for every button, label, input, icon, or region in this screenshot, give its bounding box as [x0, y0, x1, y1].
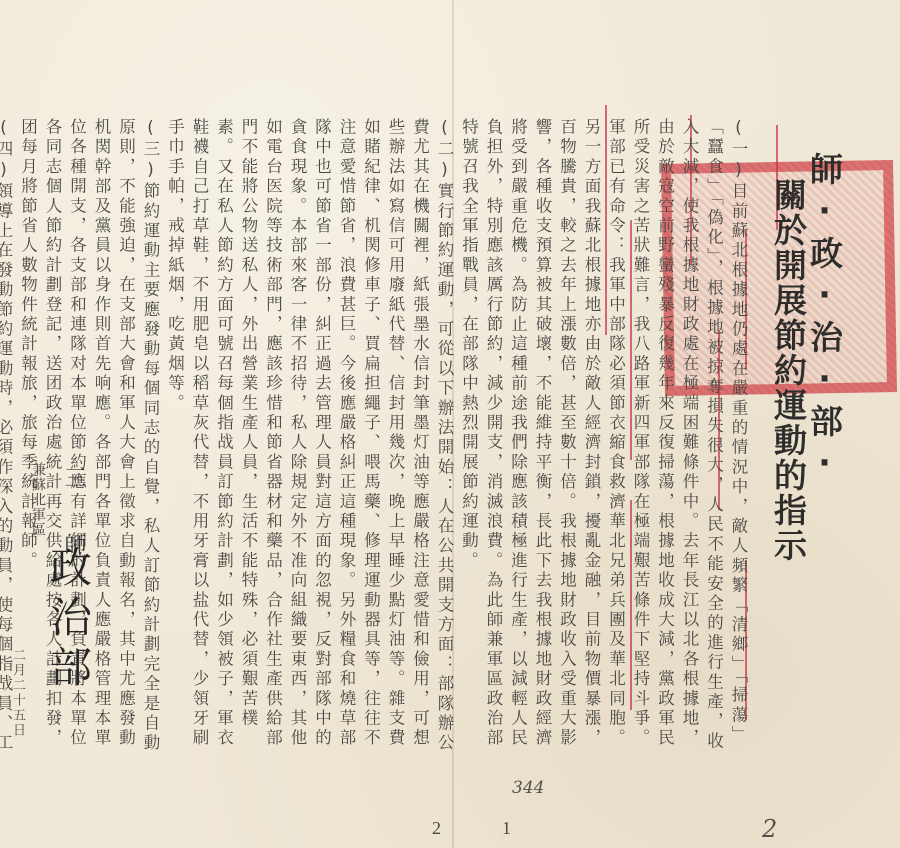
section-1: (一)目前蘇北根據地仍處在嚴重的情況中，敵人頻繁「清鄉」「掃蕩」「蠶食」「偽化」…: [456, 118, 750, 758]
section-text: 目前蘇北根據地仍處在嚴重的情況中，敵人頻繁「清鄉」「掃蕩」「蠶食」「偽化」，根據…: [460, 118, 749, 752]
section-marker: (三): [141, 118, 160, 182]
signature-department: 政治部: [38, 545, 98, 695]
section-marker: (一): [729, 118, 748, 182]
section-text: 實行節約運動，可從以下辦法開始：人在公共開支方面：部隊辦公費尤其在機關裡，紙張墨…: [166, 118, 455, 753]
signature-date: 二月二十五日: [8, 648, 27, 738]
section-marker: (二): [435, 118, 454, 182]
signature-unit: 兼蘇北軍區: [28, 462, 48, 537]
page-number-right: 1: [502, 818, 511, 839]
handwritten-archive-number: 344: [512, 778, 544, 798]
handwritten-corner-mark: 2: [762, 815, 777, 843]
section-marker: (四): [0, 118, 13, 182]
section-2: (二)實行節約運動，可從以下辦法開始：人在公共開支方面：部隊辦公費尤其在機關裡，…: [162, 118, 456, 758]
document-body: (一)目前蘇北根據地仍處在嚴重的情況中，敵人頻繁「清鄉」「掃蕩」「蠶食」「偽化」…: [0, 118, 750, 758]
document-title: 關於開展節約運動的指示: [765, 178, 812, 563]
page-number-left: 2: [432, 818, 441, 839]
